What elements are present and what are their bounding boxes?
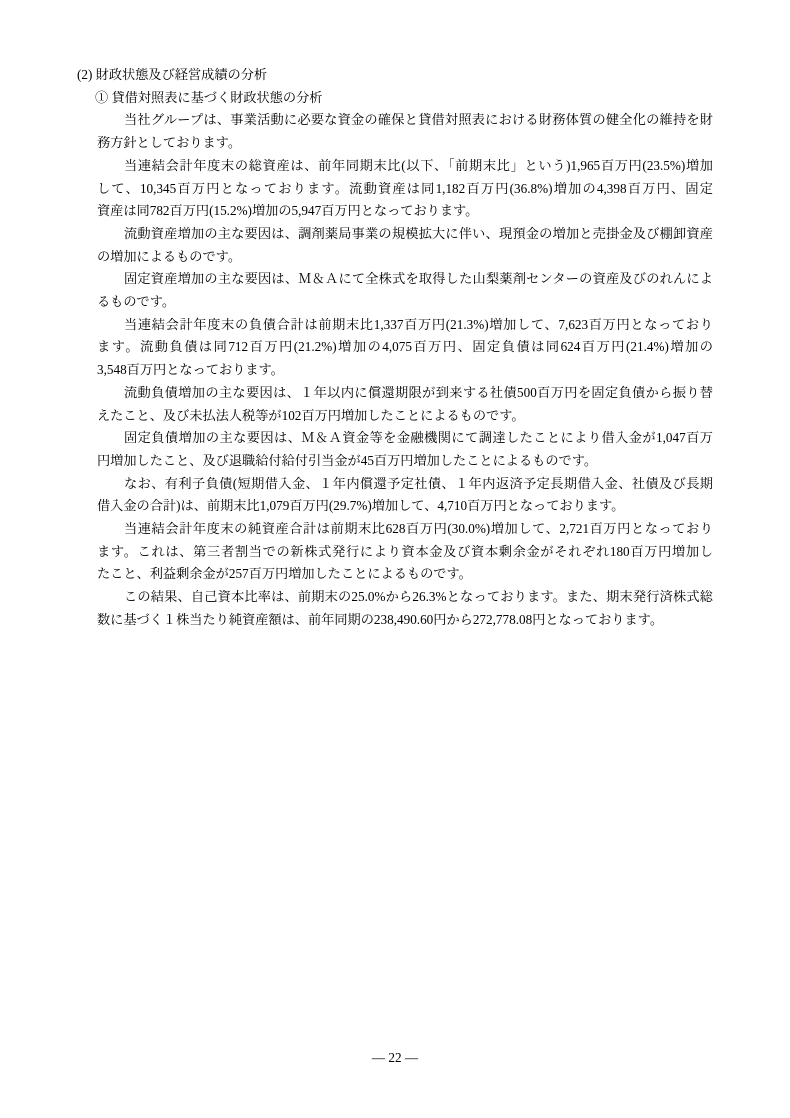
- paragraph-10-line: この結果、自己資本比率は、前期末の25.0%から26.3%となっております。また…: [97, 586, 713, 609]
- document-page: (2) 財政状態及び経営成績の分析 ① 貸借対照表に基づく財政状態の分析 当社グ…: [0, 0, 790, 1118]
- paragraph-4-line: るものです。: [97, 291, 713, 314]
- paragraph-5-line: 当連結会計年度末の負債合計は前期末比1,337百万円(21.3%)増加して、7,…: [97, 314, 713, 337]
- paragraph-10-line: 数に基づく１株当たり純資産額は、前年同期の238,490.60円から272,77…: [97, 609, 713, 632]
- paragraph-2-line: して、10,345百万円となっております。流動資産は同1,182百万円(36.8…: [97, 178, 713, 201]
- paragraph-5-line: 3,548百万円となっております。: [97, 359, 713, 382]
- subsection-heading: ① 貸借対照表に基づく財政状態の分析: [95, 87, 714, 110]
- paragraph-6-line: 流動負債増加の主な要因は、１年以内に償還期限が到来する社債500百万円を固定負債…: [97, 382, 713, 405]
- paragraph-7-line: 固定負債増加の主な要因は、Ｍ＆Ａ資金等を金融機関にて調達したことにより借入金が1…: [97, 427, 713, 450]
- body-text: 当社グループは、事業活動に必要な資金の確保と貸借対照表における財務体質の健全化の…: [97, 109, 713, 631]
- paragraph-2-line: 当連結会計年度末の総資産は、前年同期末比(以下、「前期末比」という)1,965百…: [97, 155, 713, 178]
- paragraph-9-line: ます。これは、第三者割当での新株式発行により資本金及び資本剰余金がそれぞれ180…: [97, 541, 713, 564]
- paragraph-8-line: 借入金の合計)は、前期末比1,079百万円(29.7%)増加して、4,710百万…: [97, 495, 713, 518]
- paragraph-8-line: なお、有利子負債(短期借入金、１年内償還予定社債、１年内返済予定長期借入金、社債…: [97, 473, 713, 496]
- paragraph-4-line: 固定資産増加の主な要因は、Ｍ＆Ａにて全株式を取得した山梨薬剤センターの資産及びの…: [97, 268, 713, 291]
- text-block: (2) 財政状態及び経営成績の分析 ① 貸借対照表に基づく財政状態の分析 当社グ…: [77, 64, 714, 632]
- paragraph-1-line: 務方針としております。: [97, 132, 713, 155]
- paragraph-7-line: 円増加したこと、及び退職給付給付引当金が45百万円増加したことによるものです。: [97, 450, 713, 473]
- page-number: — 22 —: [0, 1049, 790, 1067]
- section-heading: (2) 財政状態及び経営成績の分析: [77, 64, 714, 87]
- paragraph-9-line: 当連結会計年度末の純資産合計は前期末比628百万円(30.0%)増加して、2,7…: [97, 518, 713, 541]
- paragraph-3-line: 流動資産増加の主な要因は、調剤薬局事業の規模拡大に伴い、現預金の増加と売掛金及び…: [97, 223, 713, 246]
- paragraph-9-line: たこと、利益剰余金が257百万円増加したことによるものです。: [97, 563, 713, 586]
- paragraph-2-line: 資産は同782百万円(15.2%)増加の5,947百万円となっております。: [97, 200, 713, 223]
- paragraph-6-line: えたこと、及び未払法人税等が102百万円増加したことによるものです。: [97, 405, 713, 428]
- paragraph-5-line: ます。流動負債は同712百万円(21.2%)増加の4,075百万円、固定負債は同…: [97, 336, 713, 359]
- paragraph-3-line: の増加によるものです。: [97, 246, 713, 269]
- paragraph-1-line: 当社グループは、事業活動に必要な資金の確保と貸借対照表における財務体質の健全化の…: [97, 109, 713, 132]
